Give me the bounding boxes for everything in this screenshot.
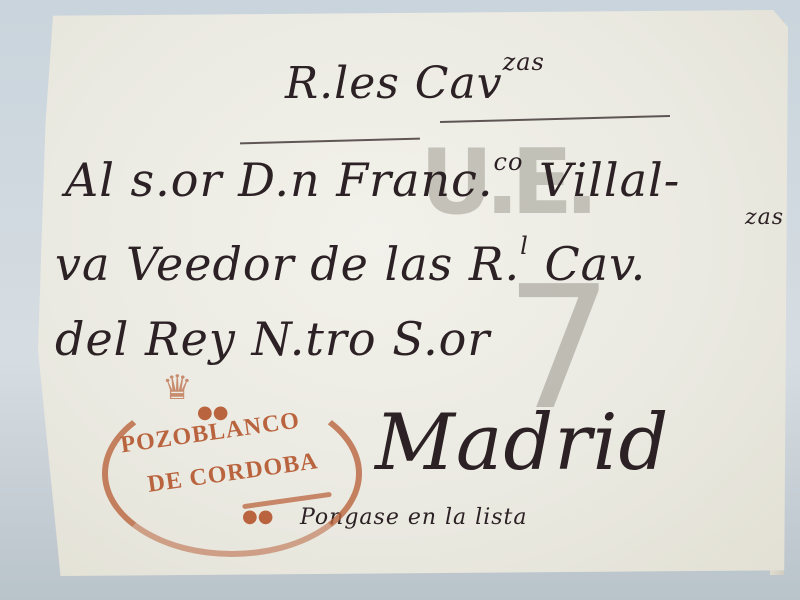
red-postmark: ♛ ●● POZOBLANCO DE CORDOBA ●● [102, 368, 357, 548]
address-line-3-superscript: zas [745, 205, 784, 230]
ornament-icon-bottom: ●● [242, 506, 273, 527]
address-line-1: R.les Cavzas [285, 48, 545, 109]
address-line-2: Al s.or D.n Franc.co Villal- [65, 148, 680, 207]
address-line-3: va Veedor de las R.l Cav. [55, 232, 646, 291]
destination-city: Madrid [375, 398, 669, 488]
crown-icon: ♛ [162, 368, 192, 408]
address-line-4: del Rey N.tro S.or [55, 312, 490, 366]
